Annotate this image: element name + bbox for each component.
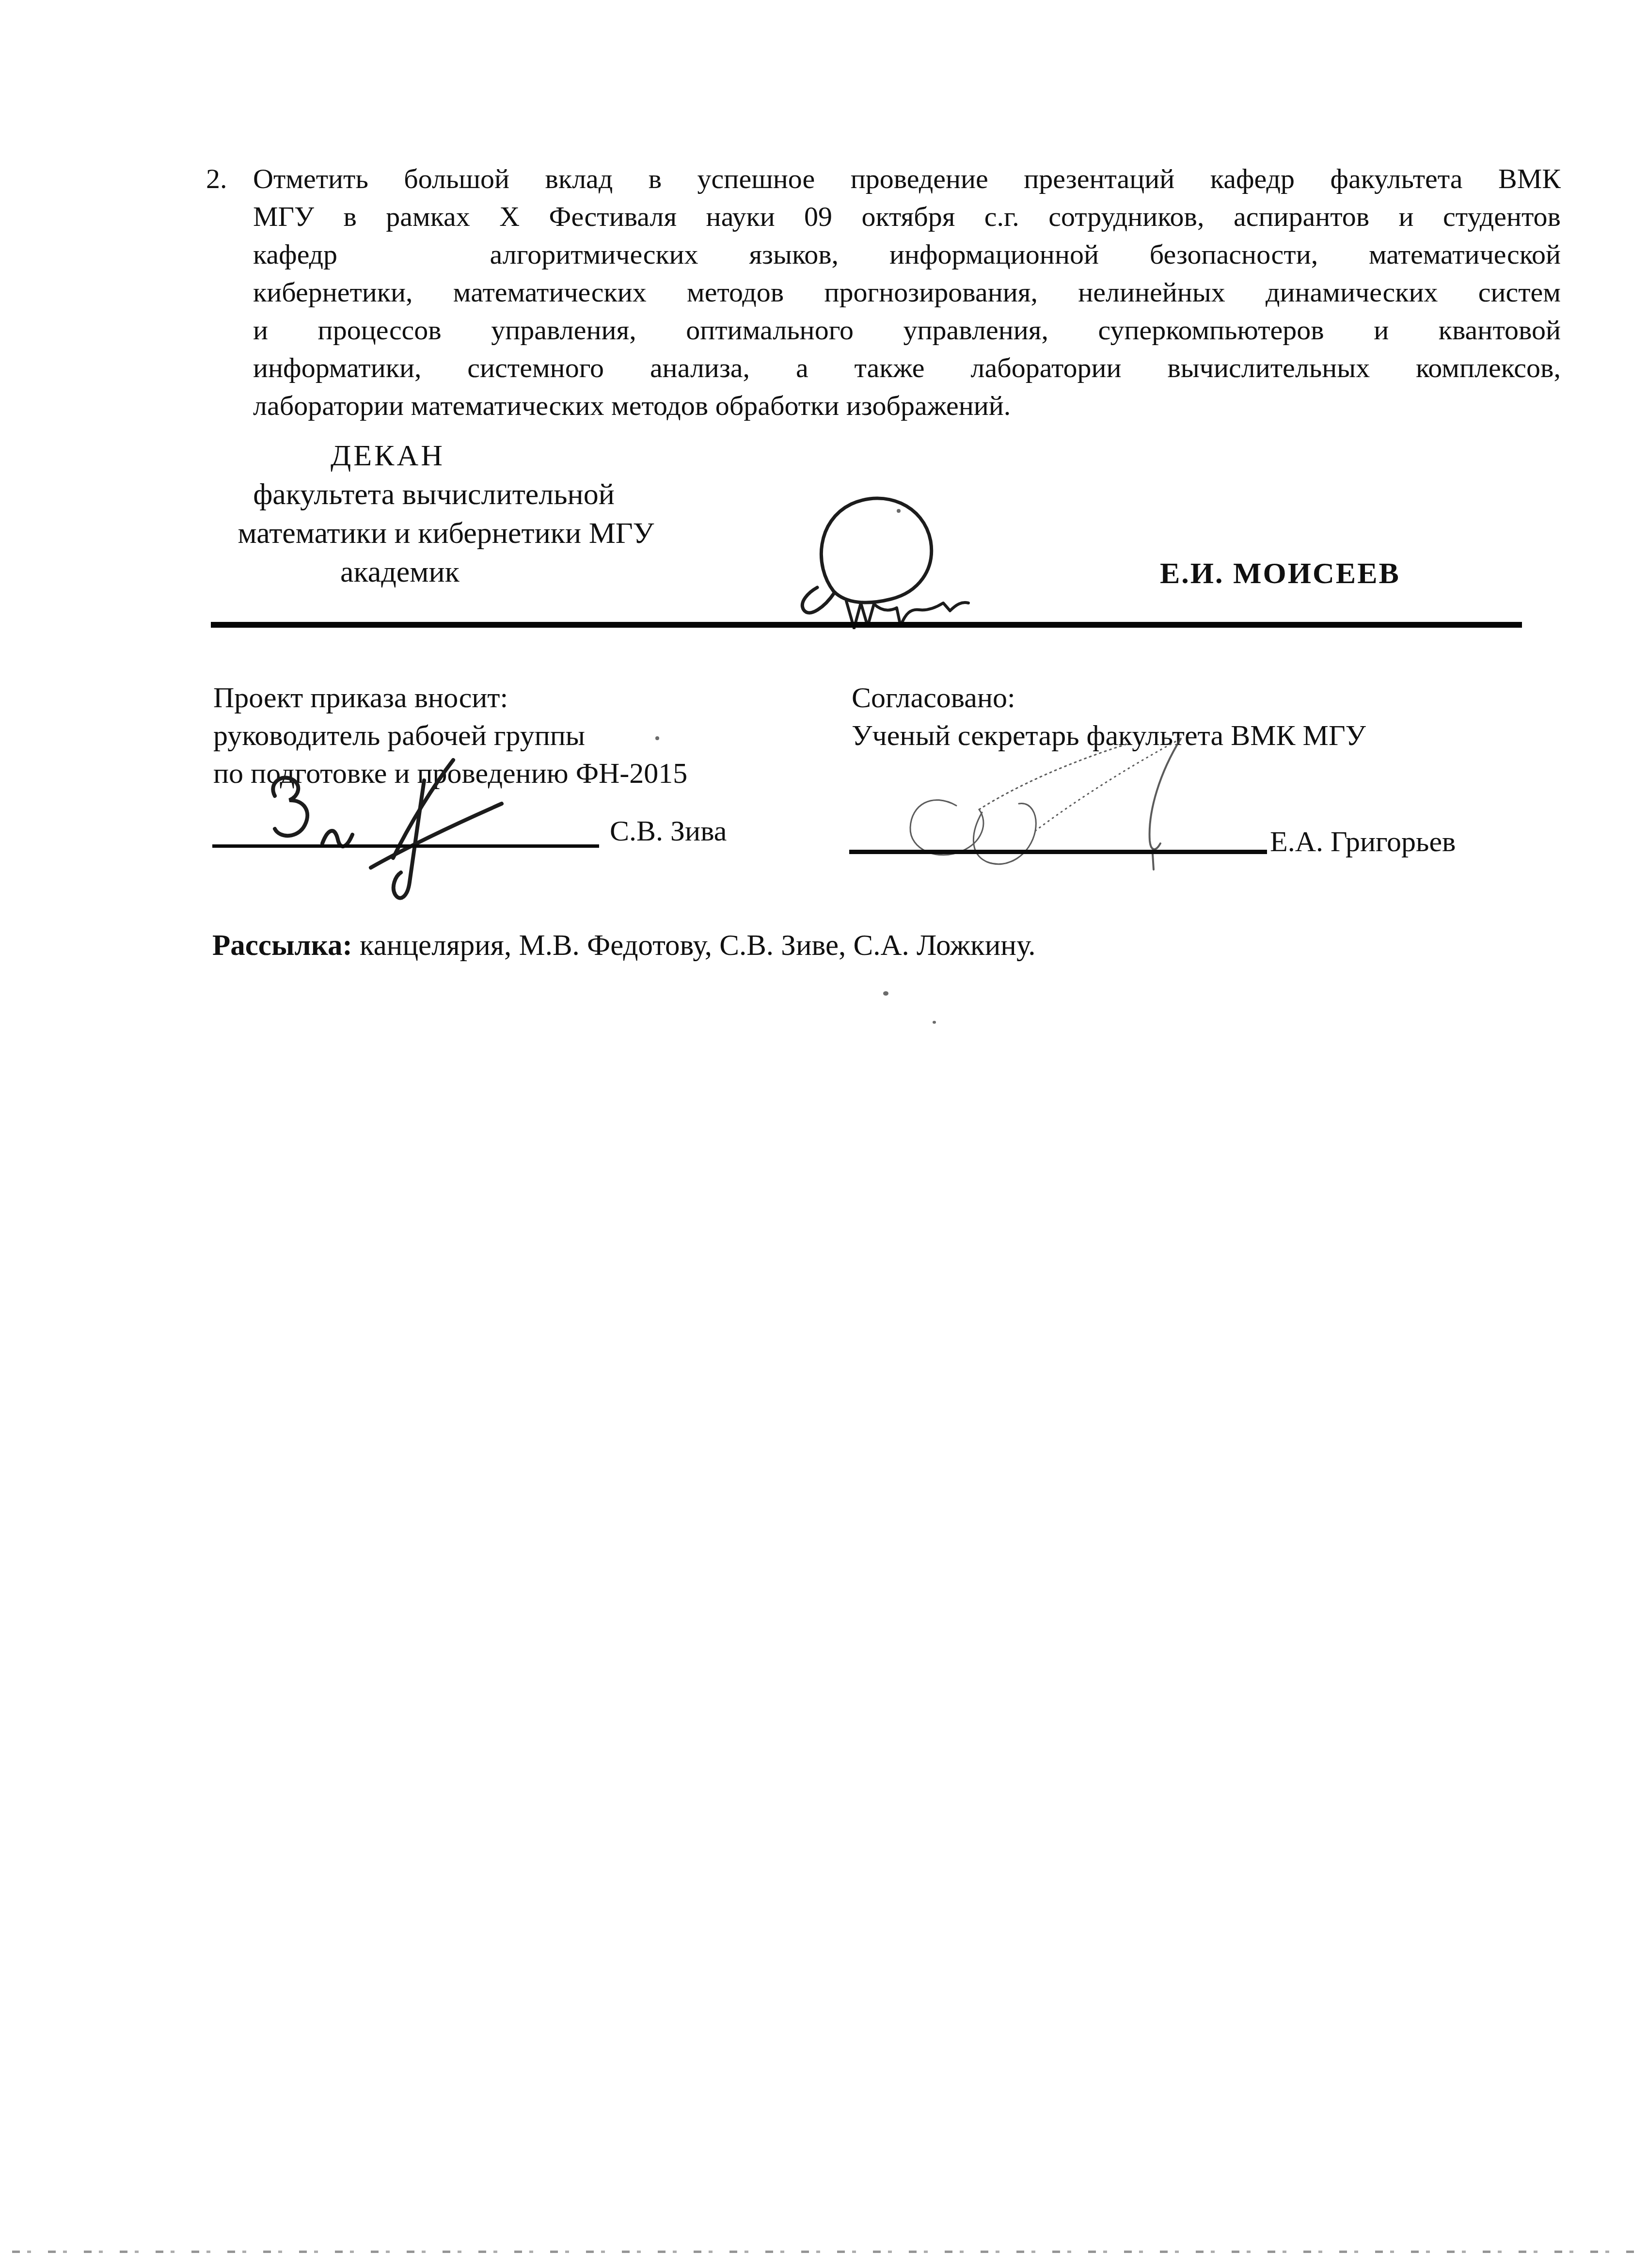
signature-line-right xyxy=(849,850,1267,854)
dean-block: ДЕКАН факультета вычислительной математи… xyxy=(213,436,679,591)
scanned-order-page: 2. Отметить большой вклад в успешное про… xyxy=(0,0,1648,2268)
submitter-line-1: Проект приказа вносит: xyxy=(213,679,687,716)
paragraph-line: и процессов управления, оптимального упр… xyxy=(253,311,1561,349)
item-number: 2. xyxy=(206,160,227,198)
order-item-2: 2. Отметить большой вклад в успешное про… xyxy=(206,160,1561,425)
ziva-signature-handwriting xyxy=(250,751,550,902)
paragraph-line: кибернетики, математических методов прог… xyxy=(253,273,1561,311)
item-paragraph: Отметить большой вклад в успешное провед… xyxy=(253,160,1561,425)
dean-rank: академик xyxy=(213,553,586,591)
dean-subtitle: факультета вычислительной xyxy=(213,475,654,514)
distribution-label: Рассылка: xyxy=(212,929,352,962)
distribution-line: Рассылка: канцелярия, М.В. Федотову, С.В… xyxy=(212,929,1036,963)
scan-speck xyxy=(933,1021,936,1024)
approval-name: Е.А. Григорьев xyxy=(1270,825,1456,858)
scan-noise-line xyxy=(12,2251,1636,2253)
submitter-line-2: руководитель рабочей группы xyxy=(213,716,687,754)
scan-speck xyxy=(897,509,901,513)
paragraph-line: кафедр алгоритмических языков, информаци… xyxy=(253,236,1561,273)
dean-title: ДЕКАН xyxy=(213,436,562,475)
grigoriev-signature-handwriting xyxy=(867,709,1274,873)
distribution-recipients: канцелярия, М.В. Федотову, С.В. Зиве, С.… xyxy=(352,929,1036,962)
paragraph-line: лаборатории математических методов обраб… xyxy=(253,387,1561,425)
separator-rule xyxy=(211,622,1522,628)
moiseev-signature-handwriting xyxy=(789,489,998,629)
dean-name: Е.И. МОИСЕЕВ xyxy=(1160,556,1400,591)
paragraph-line: Отметить большой вклад в успешное провед… xyxy=(253,160,1561,198)
dean-subtitle: математики и кибернетики МГУ xyxy=(213,514,679,553)
scan-speck xyxy=(883,991,888,996)
paragraph-line: МГУ в рамках X Фестиваля науки 09 октябр… xyxy=(253,198,1561,236)
paragraph-line: информатики, системного анализа, а также… xyxy=(253,349,1561,387)
submitter-name: С.В. Зива xyxy=(610,814,727,848)
signature-line-left xyxy=(212,844,599,848)
scan-speck xyxy=(655,736,659,740)
